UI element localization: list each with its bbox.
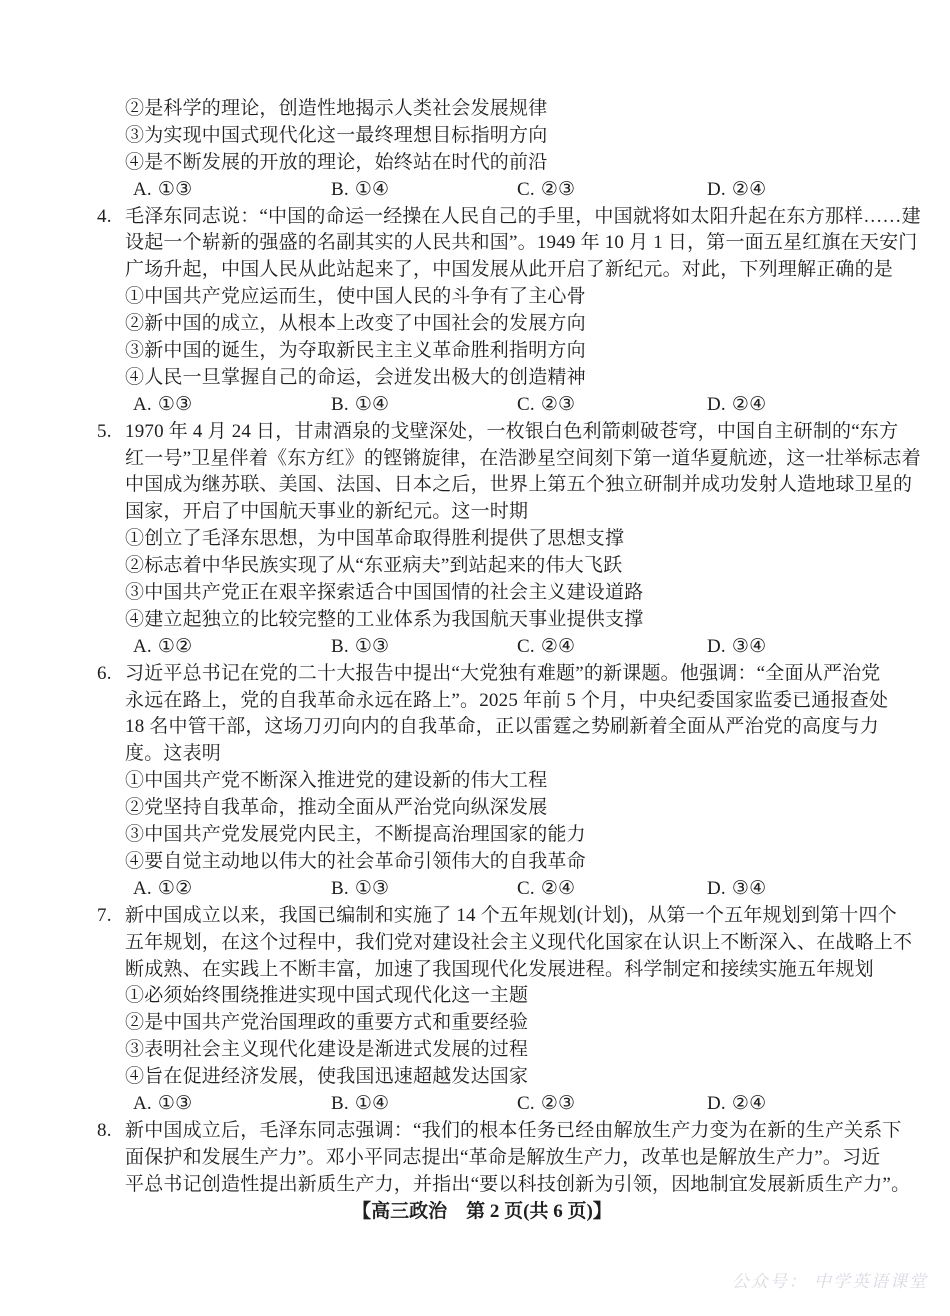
question-number: 5. <box>97 419 125 446</box>
choices-row: A.①③B.①④C.②③D.②④ <box>97 177 867 204</box>
stem-text: 毛泽东同志说：“中国的命运一经操在人民自己的手里，中国就将如太阳升起在东方那样…… <box>125 206 921 227</box>
statement-line: ②标志着中华民族实现了从“东亚病夫”到站起来的伟大飞跃 <box>97 553 867 580</box>
question-stem-line: 红一号”卫星伴着《东方红》的铿锵旋律，在浩渺星空间刻下第一道华夏航迹，这一壮举标… <box>97 446 867 473</box>
choice-option: D.③④ <box>707 876 766 903</box>
choice-value: ②④ <box>732 179 766 200</box>
question-block: 4.毛泽东同志说：“中国的命运一经操在人民自己的手里，中国就将如太阳升起在东方那… <box>97 204 867 419</box>
choice-value: ③④ <box>732 636 766 657</box>
choice-value: ①④ <box>355 1093 389 1114</box>
statement-line: ③表明社会主义现代化建设是渐进式发展的过程 <box>97 1037 867 1064</box>
page-footer: 【高三政治 第 2 页(共 6 页)】 <box>97 1199 867 1226</box>
question-stem-line: 广场升起，中国人民从此站起来了，中国发展从此开启了新纪元。对此，下列理解正确的是 <box>97 257 867 284</box>
statement-line: ④旨在促进经济发展，使我国迅速超越发达国家 <box>97 1064 867 1091</box>
statement-line: ②是中国共产党治国理政的重要方式和重要经验 <box>97 1010 867 1037</box>
choice-value: ①③ <box>355 878 389 899</box>
question-stem-line: 6.习近平总书记在党的二十大报告中提出“大党独有难题”的新课题。他强调：“全面从… <box>97 661 867 688</box>
statement-line: ④建立起独立的比较完整的工业体系为我国航天事业提供支撑 <box>97 607 867 634</box>
choice-label: D. <box>707 878 726 899</box>
choice-option: B.①③ <box>331 876 517 903</box>
choice-option: C.②④ <box>517 876 707 903</box>
statement-line: ③为实现中国式现代化这一最终理想目标指明方向 <box>97 123 867 150</box>
choice-label: A. <box>133 878 152 899</box>
choice-option: A.①② <box>133 634 331 661</box>
question-stem-line: 国家，开启了中国航天事业的新纪元。这一时期 <box>97 499 867 526</box>
question-number: 6. <box>97 661 125 688</box>
choice-option: D.②④ <box>707 392 766 419</box>
choice-value: ①② <box>158 636 192 657</box>
statement-line: ②新中国的成立，从根本上改变了中国社会的发展方向 <box>97 311 867 338</box>
choice-label: A. <box>133 394 152 415</box>
statement-line: ③新中国的诞生，为夺取新民主主义革命胜利指明方向 <box>97 338 867 365</box>
question-stem-line: 断成熟、在实践上不断丰富，加速了我国现代化发展进程。科学制定和接续实施五年规划 <box>97 957 867 984</box>
choice-option: A.①② <box>133 876 331 903</box>
choice-label: D. <box>707 394 726 415</box>
choice-label: A. <box>133 1093 152 1114</box>
statement-line: ②是科学的理论，创造性地揭示人类社会发展规律 <box>97 96 867 123</box>
choice-value: ①③ <box>355 636 389 657</box>
statement-line: ④人民一旦掌握自己的命运，会迸发出极大的创造精神 <box>97 365 867 392</box>
choice-option: C.②③ <box>517 392 707 419</box>
statement-line: ④要自觉主动地以伟大的社会革命引领伟大的自我革命 <box>97 849 867 876</box>
choices-row: A.①②B.①③C.②④D.③④ <box>97 876 867 903</box>
choice-option: A.①③ <box>133 1091 331 1118</box>
choice-value: ②④ <box>541 636 575 657</box>
stem-text: 新中国成立以来，我国已编制和实施了 14 个五年规划(计划)，从第一个五年规划到… <box>125 905 897 926</box>
choice-option: C.②④ <box>517 634 707 661</box>
choice-label: D. <box>707 179 726 200</box>
choice-option: A.①③ <box>133 392 331 419</box>
choice-option: A.①③ <box>133 177 331 204</box>
statement-line: ①创立了毛泽东思想，为中国革命取得胜利提供了思想支撑 <box>97 526 867 553</box>
choice-option: D.③④ <box>707 634 766 661</box>
statement-line: ③中国共产党发展党内民主，不断提高治理国家的能力 <box>97 822 867 849</box>
choice-value: ②③ <box>541 179 575 200</box>
statement-line: ②党坚持自我革命，推动全面从严治党向纵深发展 <box>97 795 867 822</box>
choice-value: ③④ <box>732 878 766 899</box>
question-block: 5.1970 年 4 月 24 日，甘肃酒泉的戈壁深处，一枚银白色利箭刺破苍穹，… <box>97 419 867 661</box>
choice-option: C.②③ <box>517 177 707 204</box>
choice-value: ①③ <box>158 1093 192 1114</box>
choice-value: ②④ <box>541 878 575 899</box>
question-stem-line: 五年规划，在这个过程中，我们党对建设社会主义现代化国家在认识上不断深入、在战略上… <box>97 930 867 957</box>
choice-label: B. <box>331 1093 349 1114</box>
choice-option: C.②③ <box>517 1091 707 1118</box>
choice-value: ①③ <box>158 179 192 200</box>
choice-option: D.②④ <box>707 1091 766 1118</box>
statement-line: ①中国共产党应运而生，使中国人民的斗争有了主心骨 <box>97 284 867 311</box>
choice-label: B. <box>331 394 349 415</box>
question-block: ②是科学的理论，创造性地揭示人类社会发展规律 ③为实现中国式现代化这一最终理想目… <box>97 96 867 204</box>
choice-label: A. <box>133 179 152 200</box>
exam-content: ②是科学的理论，创造性地揭示人类社会发展规律 ③为实现中国式现代化这一最终理想目… <box>97 96 867 1225</box>
choice-value: ②③ <box>541 394 575 415</box>
choice-label: A. <box>133 636 152 657</box>
choice-option: D.②④ <box>707 177 766 204</box>
question-stem-line: 4.毛泽东同志说：“中国的命运一经操在人民自己的手里，中国就将如太阳升起在东方那… <box>97 204 867 231</box>
question-stem-line: 度。这表明 <box>97 741 867 768</box>
choice-label: D. <box>707 636 726 657</box>
question-stem-line: 永远在路上，党的自我革命永远在路上”。2025 年前 5 个月，中央纪委国家监委… <box>97 688 867 715</box>
question-stem-line: 面保护和发展生产力”。邓小平同志提出“革命是解放生产力，改革也是解放生产力”。习… <box>97 1145 867 1172</box>
question-number: 7. <box>97 903 125 930</box>
statement-line: ①必须始终围绕推进实现中国式现代化这一主题 <box>97 983 867 1010</box>
choice-option: B.①③ <box>331 634 517 661</box>
question-stem-line: 18 名中管干部，这场刀刃向内的自我革命，正以雷霆之势刷新着全面从严治党的高度与… <box>97 714 867 741</box>
choice-label: C. <box>517 636 535 657</box>
choice-value: ①② <box>158 878 192 899</box>
choice-label: C. <box>517 394 535 415</box>
choice-value: ①④ <box>355 394 389 415</box>
question-block: 6.习近平总书记在党的二十大报告中提出“大党独有难题”的新课题。他强调：“全面从… <box>97 661 867 903</box>
choice-value: ②④ <box>732 394 766 415</box>
choice-option: B.①④ <box>331 1091 517 1118</box>
question-stem-line: 平总书记创造性提出新质生产力，并指出“要以科技创新为引领，因地制宜发展新质生产力… <box>97 1172 867 1199</box>
choice-label: C. <box>517 1093 535 1114</box>
question-number: 4. <box>97 204 125 231</box>
choice-label: C. <box>517 878 535 899</box>
choice-value: ①③ <box>158 394 192 415</box>
choices-row: A.①③B.①④C.②③D.②④ <box>97 1091 867 1118</box>
question-block: 7.新中国成立以来，我国已编制和实施了 14 个五年规划(计划)，从第一个五年规… <box>97 903 867 1118</box>
choice-label: B. <box>331 878 349 899</box>
choices-row: A.①②B.①③C.②④D.③④ <box>97 634 867 661</box>
choice-option: B.①④ <box>331 392 517 419</box>
choice-label: B. <box>331 636 349 657</box>
choice-label: B. <box>331 179 349 200</box>
stem-text: 1970 年 4 月 24 日，甘肃酒泉的戈壁深处，一枚银白色利箭刺破苍穹，中国… <box>125 421 898 442</box>
stem-text: 新中国成立后，毛泽东同志强调：“我们的根本任务已经由解放生产力变为在新的生产关系… <box>125 1120 902 1141</box>
question-stem-line: 8.新中国成立后，毛泽东同志强调：“我们的根本任务已经由解放生产力变为在新的生产… <box>97 1118 867 1145</box>
question-number: 8. <box>97 1118 125 1145</box>
choices-row: A.①③B.①④C.②③D.②④ <box>97 392 867 419</box>
question-stem-line: 7.新中国成立以来，我国已编制和实施了 14 个五年规划(计划)，从第一个五年规… <box>97 903 867 930</box>
choice-value: ①④ <box>355 179 389 200</box>
stem-text: 习近平总书记在党的二十大报告中提出“大党独有难题”的新课题。他强调：“全面从严治… <box>125 663 881 684</box>
watermark: 公众号： 中学英语课堂 <box>732 1267 928 1292</box>
choice-option: B.①④ <box>331 177 517 204</box>
question-stem-line: 中国成为继苏联、美国、法国、日本之后，世界上第五个独立研制并成功发射人造地球卫星… <box>97 472 867 499</box>
statement-line: ④是不断发展的开放的理论，始终站在时代的前沿 <box>97 150 867 177</box>
question-stem-line: 设起一个崭新的强盛的名副其实的人民共和国”。1949 年 10 月 1 日，第一… <box>97 230 867 257</box>
choice-value: ②④ <box>732 1093 766 1114</box>
choice-value: ②③ <box>541 1093 575 1114</box>
exam-page: ②是科学的理论，创造性地揭示人类社会发展规律 ③为实现中国式现代化这一最终理想目… <box>0 0 950 1316</box>
choice-label: C. <box>517 179 535 200</box>
question-block: 8.新中国成立后，毛泽东同志强调：“我们的根本任务已经由解放生产力变为在新的生产… <box>97 1118 867 1199</box>
statement-line: ①中国共产党不断深入推进党的建设新的伟大工程 <box>97 768 867 795</box>
question-stem-line: 5.1970 年 4 月 24 日，甘肃酒泉的戈壁深处，一枚银白色利箭刺破苍穹，… <box>97 419 867 446</box>
statement-line: ③中国共产党正在艰辛探索适合中国国情的社会主义建设道路 <box>97 580 867 607</box>
choice-label: D. <box>707 1093 726 1114</box>
